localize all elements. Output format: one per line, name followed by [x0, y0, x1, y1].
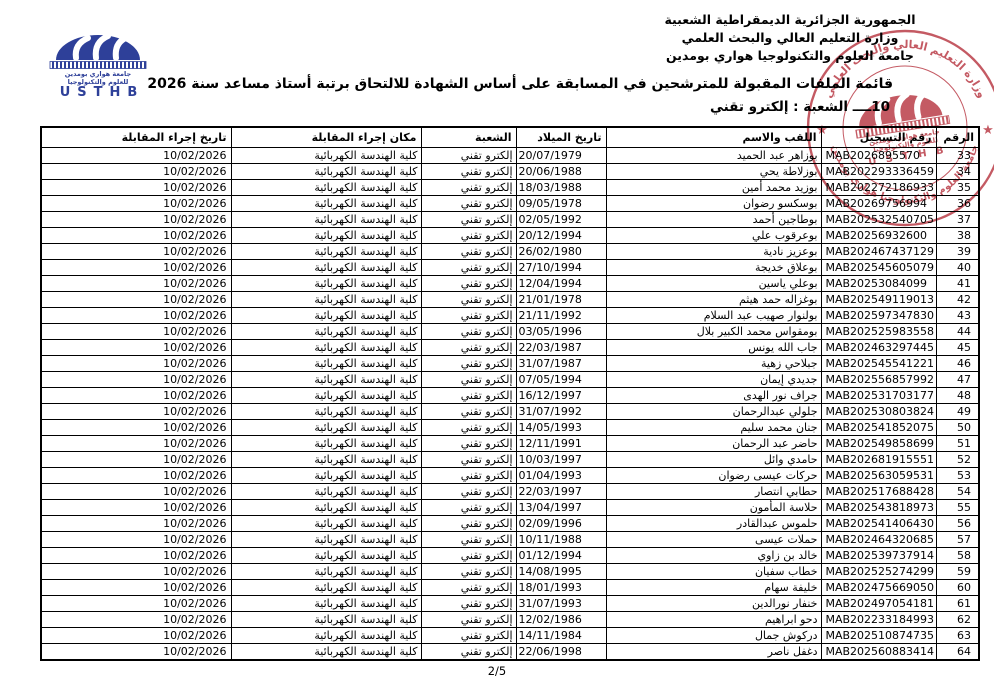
branch: إلكترو تقني — [421, 308, 516, 324]
row-number: 39 — [936, 244, 979, 260]
table-row: 42MAB202549119013بوغزاله حمد هيثم21/01/1… — [41, 292, 979, 308]
branch: إلكترو تقني — [421, 244, 516, 260]
registration-number: MAB2026895570 — [821, 148, 936, 164]
table-row: 56MAB202541406430حلموس عبدالقادر02/09/19… — [41, 516, 979, 532]
col-header-interview-date: تاريخ إجراء المقابلة — [41, 127, 231, 148]
candidate-name: بوزاهر عبد الحميد — [606, 148, 821, 164]
interview-place: كلية الهندسة الكهربائية — [231, 548, 421, 564]
interview-date: 10/02/2026 — [41, 356, 231, 372]
table-row: 54MAB202517688428حطابي انتصار22/03/1997إ… — [41, 484, 979, 500]
candidate-name: خالد بن زاوي — [606, 548, 821, 564]
table-row: 34MAB202293336459بوزلاطة يحي20/06/1988إل… — [41, 164, 979, 180]
interview-date: 10/02/2026 — [41, 324, 231, 340]
registration-number: MAB202272186933 — [821, 180, 936, 196]
candidate-name: خليفة سهام — [606, 580, 821, 596]
registration-number: MAB202545605079 — [821, 260, 936, 276]
interview-date: 10/02/2026 — [41, 148, 231, 164]
interview-date: 10/02/2026 — [41, 180, 231, 196]
interview-place: كلية الهندسة الكهربائية — [231, 164, 421, 180]
registration-number: MAB202517688428 — [821, 484, 936, 500]
col-header-name: اللقب والاسم — [606, 127, 821, 148]
registration-number: MAB202541852075 — [821, 420, 936, 436]
interview-date: 10/02/2026 — [41, 484, 231, 500]
interview-date: 10/02/2026 — [41, 596, 231, 612]
birth-date: 09/05/1978 — [516, 196, 606, 212]
registration-number: MAB202525983558 — [821, 324, 936, 340]
birth-date: 14/11/1984 — [516, 628, 606, 644]
interview-date: 10/02/2026 — [41, 500, 231, 516]
table-row: 50MAB202541852075جنان محمد سليم14/05/199… — [41, 420, 979, 436]
col-header-registration: رقم التسجيل — [821, 127, 936, 148]
branch: إلكترو تقني — [421, 260, 516, 276]
candidate-name: بوعلي ياسين — [606, 276, 821, 292]
candidate-name: حامدي وائل — [606, 452, 821, 468]
birth-date: 12/04/1994 — [516, 276, 606, 292]
interview-place: كلية الهندسة الكهربائية — [231, 308, 421, 324]
table-row: 61MAB202497054181خنفار نورالدين31/07/199… — [41, 596, 979, 612]
birth-date: 03/05/1996 — [516, 324, 606, 340]
interview-date: 10/02/2026 — [41, 580, 231, 596]
row-number: 41 — [936, 276, 979, 292]
birth-date: 31/07/1987 — [516, 356, 606, 372]
registration-number: MAB202532540705 — [821, 212, 936, 228]
registration-number: MAB20253084099 — [821, 276, 936, 292]
document-title: قائمة الملفات المقبولة للمترشحين في المس… — [147, 76, 893, 92]
birth-date: 16/12/1997 — [516, 388, 606, 404]
table-row: 59MAB202525274299خطاب سفيان14/08/1995إلك… — [41, 564, 979, 580]
registration-number: MAB202530803824 — [821, 404, 936, 420]
branch: إلكترو تقني — [421, 436, 516, 452]
registration-number: MAB202525274299 — [821, 564, 936, 580]
interview-date: 10/02/2026 — [41, 404, 231, 420]
birth-date: 20/07/1979 — [516, 148, 606, 164]
table-row: 51MAB202549858699حاضر عبد الرحمان12/11/1… — [41, 436, 979, 452]
branch: إلكترو تقني — [421, 404, 516, 420]
candidate-name: دركوش جمال — [606, 628, 821, 644]
row-number: 62 — [936, 612, 979, 628]
candidate-name: بوزلاطة يحي — [606, 164, 821, 180]
interview-date: 10/02/2026 — [41, 372, 231, 388]
row-number: 45 — [936, 340, 979, 356]
row-number: 51 — [936, 436, 979, 452]
candidate-name: بوعلاق خديجة — [606, 260, 821, 276]
candidate-name: جديدي إيمان — [606, 372, 821, 388]
table-row: 52MAB202681915551حامدي وائل10/03/1997إلك… — [41, 452, 979, 468]
registration-number: MAB202233184993 — [821, 612, 936, 628]
row-number: 33 — [936, 148, 979, 164]
branch: إلكترو تقني — [421, 468, 516, 484]
branch: إلكترو تقني — [421, 228, 516, 244]
row-number: 49 — [936, 404, 979, 420]
branch: إلكترو تقني — [421, 148, 516, 164]
logo-hatch-band — [50, 62, 146, 69]
interview-date: 10/02/2026 — [41, 340, 231, 356]
birth-date: 12/11/1991 — [516, 436, 606, 452]
row-number: 40 — [936, 260, 979, 276]
row-number: 58 — [936, 548, 979, 564]
birth-date: 10/11/1988 — [516, 532, 606, 548]
candidate-name: بوزيد محمد أمين — [606, 180, 821, 196]
branch: إلكترو تقني — [421, 452, 516, 468]
interview-date: 10/02/2026 — [41, 260, 231, 276]
row-number: 55 — [936, 500, 979, 516]
interview-place: كلية الهندسة الكهربائية — [231, 596, 421, 612]
table-row: 40MAB202545605079بوعلاق خديجة27/10/1994إ… — [41, 260, 979, 276]
interview-date: 10/02/2026 — [41, 612, 231, 628]
birth-date: 26/02/1980 — [516, 244, 606, 260]
candidate-name: جلولي عبدالرحمان — [606, 404, 821, 420]
table-row: 58MAB202539737914خالد بن زاوي01/12/1994إ… — [41, 548, 979, 564]
row-number: 50 — [936, 420, 979, 436]
registration-number: MAB202497054181 — [821, 596, 936, 612]
col-header-interview-place: مكان إجراء المقابلة — [231, 127, 421, 148]
branch: إلكترو تقني — [421, 324, 516, 340]
birth-date: 07/05/1994 — [516, 372, 606, 388]
registration-number: MAB20256932600 — [821, 228, 936, 244]
interview-place: كلية الهندسة الكهربائية — [231, 484, 421, 500]
candidate-name: بومقواس محمد الكبير بلال — [606, 324, 821, 340]
birth-date: 01/12/1994 — [516, 548, 606, 564]
candidate-name: دحو ابراهيم — [606, 612, 821, 628]
registration-number: MAB202545541221 — [821, 356, 936, 372]
row-number: 63 — [936, 628, 979, 644]
candidate-name: بوطاجين أحمد — [606, 212, 821, 228]
candidate-name: جاب الله يونس — [606, 340, 821, 356]
interview-date: 10/02/2026 — [41, 228, 231, 244]
registration-number: MAB202539737914 — [821, 548, 936, 564]
table-row: 38MAB20256932600بوعرقوب علي20/12/1994إلك… — [41, 228, 979, 244]
interview-place: كلية الهندسة الكهربائية — [231, 388, 421, 404]
branch: إلكترو تقني — [421, 532, 516, 548]
table-row: 37MAB202532540705بوطاجين أحمد02/05/1992إ… — [41, 212, 979, 228]
section-line: 10ــــ الشعبة : إلكترو تقني — [710, 99, 890, 115]
table-header-row: الرقم رقم التسجيل اللقب والاسم تاريخ الم… — [41, 127, 979, 148]
interview-date: 10/02/2026 — [41, 212, 231, 228]
table-row: 43MAB202597347830بولنوار صهيب عبد السلام… — [41, 308, 979, 324]
section-separator: ــــ — [853, 99, 871, 115]
branch: إلكترو تقني — [421, 484, 516, 500]
branch: إلكترو تقني — [421, 196, 516, 212]
candidate-name: بولنوار صهيب عبد السلام — [606, 308, 821, 324]
interview-place: كلية الهندسة الكهربائية — [231, 468, 421, 484]
table-row: 39MAB202467437129بوعزيز نادية26/02/1980إ… — [41, 244, 979, 260]
registration-number: MAB202563059531 — [821, 468, 936, 484]
interview-date: 10/02/2026 — [41, 644, 231, 661]
birth-date: 02/05/1992 — [516, 212, 606, 228]
page-number: 2/5 — [447, 664, 547, 678]
branch: إلكترو تقني — [421, 388, 516, 404]
branch: إلكترو تقني — [421, 372, 516, 388]
birth-date: 21/01/1978 — [516, 292, 606, 308]
branch: إلكترو تقني — [421, 564, 516, 580]
candidate-name: حلاسة المأمون — [606, 500, 821, 516]
registration-number: MAB202463297445 — [821, 340, 936, 356]
registration-number: MAB202541406430 — [821, 516, 936, 532]
branch: إلكترو تقني — [421, 548, 516, 564]
row-number: 35 — [936, 180, 979, 196]
interview-place: كلية الهندسة الكهربائية — [231, 612, 421, 628]
row-number: 57 — [936, 532, 979, 548]
row-number: 44 — [936, 324, 979, 340]
section-label: الشعبة : إلكترو تقني — [710, 99, 848, 115]
birth-date: 14/05/1993 — [516, 420, 606, 436]
candidate-name: دغفل ناصر — [606, 644, 821, 661]
registration-number: MAB202560883414 — [821, 644, 936, 661]
birth-date: 13/04/1997 — [516, 500, 606, 516]
registration-number: MAB202543818973 — [821, 500, 936, 516]
interview-date: 10/02/2026 — [41, 564, 231, 580]
table-row: 33MAB2026895570بوزاهر عبد الحميد20/07/19… — [41, 148, 979, 164]
col-header-birthdate: تاريخ الميلاد — [516, 127, 606, 148]
candidate-name: حطابي انتصار — [606, 484, 821, 500]
row-number: 38 — [936, 228, 979, 244]
candidate-name: حركات عيسى رضوان — [606, 468, 821, 484]
table-row: 57MAB202464320685حملات عيسى10/11/1988إلك… — [41, 532, 979, 548]
row-number: 48 — [936, 388, 979, 404]
interview-place: كلية الهندسة الكهربائية — [231, 180, 421, 196]
birth-date: 27/10/1994 — [516, 260, 606, 276]
candidate-name: حاضر عبد الرحمان — [606, 436, 821, 452]
birth-date: 18/03/1988 — [516, 180, 606, 196]
branch: إلكترو تقني — [421, 420, 516, 436]
interview-place: كلية الهندسة الكهربائية — [231, 244, 421, 260]
registration-number: MAB202549119013 — [821, 292, 936, 308]
gov-header-line3: جامعة العلوم والتكنولوجيا هواري بومدين — [640, 47, 940, 65]
registration-number: MAB202681915551 — [821, 452, 936, 468]
table-row: 64MAB202560883414دغفل ناصر22/06/1998إلكت… — [41, 644, 979, 661]
row-number: 46 — [936, 356, 979, 372]
candidates-tbody: 33MAB2026895570بوزاهر عبد الحميد20/07/19… — [41, 148, 979, 661]
registration-number: MAB202510874735 — [821, 628, 936, 644]
interview-date: 10/02/2026 — [41, 388, 231, 404]
table-row: 35MAB202272186933بوزيد محمد أمين18/03/19… — [41, 180, 979, 196]
table-row: 36MAB20269756994بوسكسو رضوان09/05/1978إل… — [41, 196, 979, 212]
interview-place: كلية الهندسة الكهربائية — [231, 404, 421, 420]
registration-number: MAB202549858699 — [821, 436, 936, 452]
candidate-name: بوعرقوب علي — [606, 228, 821, 244]
interview-date: 10/02/2026 — [41, 292, 231, 308]
branch: إلكترو تقني — [421, 180, 516, 196]
logo-name-line1: جامعة هواري بومدين — [65, 70, 132, 78]
candidates-table: الرقم رقم التسجيل اللقب والاسم تاريخ الم… — [40, 126, 980, 661]
registration-number: MAB202531703177 — [821, 388, 936, 404]
row-number: 34 — [936, 164, 979, 180]
stamp-swoosh-icon — [895, 94, 911, 120]
birth-date: 12/02/1986 — [516, 612, 606, 628]
interview-date: 10/02/2026 — [41, 276, 231, 292]
candidate-name: حملات عيسى — [606, 532, 821, 548]
birth-date: 31/07/1992 — [516, 404, 606, 420]
candidate-name: جنان محمد سليم — [606, 420, 821, 436]
birth-date: 10/03/1997 — [516, 452, 606, 468]
row-number: 64 — [936, 644, 979, 661]
registration-number: MAB202597347830 — [821, 308, 936, 324]
branch: إلكترو تقني — [421, 596, 516, 612]
interview-date: 10/02/2026 — [41, 196, 231, 212]
branch: إلكترو تقني — [421, 516, 516, 532]
candidate-name: جبلاحي زهية — [606, 356, 821, 372]
branch: إلكترو تقني — [421, 340, 516, 356]
candidate-name: جراف نور الهدى — [606, 388, 821, 404]
branch: إلكترو تقني — [421, 356, 516, 372]
interview-date: 10/02/2026 — [41, 244, 231, 260]
interview-date: 10/02/2026 — [41, 452, 231, 468]
row-number: 37 — [936, 212, 979, 228]
birth-date: 22/03/1997 — [516, 484, 606, 500]
table-row: 63MAB202510874735دركوش جمال14/11/1984إلك… — [41, 628, 979, 644]
interview-place: كلية الهندسة الكهربائية — [231, 372, 421, 388]
table-row: 44MAB202525983558بومقواس محمد الكبير بلا… — [41, 324, 979, 340]
row-number: 52 — [936, 452, 979, 468]
branch: إلكترو تقني — [421, 276, 516, 292]
interview-place: كلية الهندسة الكهربائية — [231, 356, 421, 372]
row-number: 60 — [936, 580, 979, 596]
interview-place: كلية الهندسة الكهربائية — [231, 148, 421, 164]
interview-place: كلية الهندسة الكهربائية — [231, 228, 421, 244]
interview-date: 10/02/2026 — [41, 516, 231, 532]
interview-date: 10/02/2026 — [41, 548, 231, 564]
birth-date: 20/06/1988 — [516, 164, 606, 180]
section-number: 10 — [871, 99, 890, 115]
interview-place: كلية الهندسة الكهربائية — [231, 452, 421, 468]
row-number: 53 — [936, 468, 979, 484]
table-row: 46MAB202545541221جبلاحي زهية31/07/1987إل… — [41, 356, 979, 372]
branch: إلكترو تقني — [421, 628, 516, 644]
registration-number: MAB202293336459 — [821, 164, 936, 180]
col-header-branch: الشعبة — [421, 127, 516, 148]
table-row: 49MAB202530803824جلولي عبدالرحمان31/07/1… — [41, 404, 979, 420]
table-row: 48MAB202531703177جراف نور الهدى16/12/199… — [41, 388, 979, 404]
stamp-star-right-icon: ★ — [982, 123, 994, 138]
interview-date: 10/02/2026 — [41, 532, 231, 548]
birth-date: 22/03/1987 — [516, 340, 606, 356]
birth-date: 18/01/1993 — [516, 580, 606, 596]
candidate-name: حلموس عبدالقادر — [606, 516, 821, 532]
interview-place: كلية الهندسة الكهربائية — [231, 324, 421, 340]
interview-place: كلية الهندسة الكهربائية — [231, 564, 421, 580]
interview-place: كلية الهندسة الكهربائية — [231, 420, 421, 436]
interview-place: كلية الهندسة الكهربائية — [231, 436, 421, 452]
birth-date: 01/04/1993 — [516, 468, 606, 484]
interview-place: كلية الهندسة الكهربائية — [231, 340, 421, 356]
interview-date: 10/02/2026 — [41, 308, 231, 324]
registration-number: MAB20269756994 — [821, 196, 936, 212]
stamp-swoosh-icon — [915, 92, 931, 117]
interview-place: كلية الهندسة الكهربائية — [231, 516, 421, 532]
branch: إلكترو تقني — [421, 580, 516, 596]
interview-date: 10/02/2026 — [41, 420, 231, 436]
logo-acronym: USTHB — [60, 85, 145, 98]
interview-date: 10/02/2026 — [41, 468, 231, 484]
registration-number: MAB202475669050 — [821, 580, 936, 596]
col-header-number: الرقم — [936, 127, 979, 148]
interview-place: كلية الهندسة الكهربائية — [231, 212, 421, 228]
row-number: 54 — [936, 484, 979, 500]
table-row: 47MAB202556857992جديدي إيمان07/05/1994إل… — [41, 372, 979, 388]
table-row: 45MAB202463297445جاب الله يونس22/03/1987… — [41, 340, 979, 356]
interview-place: كلية الهندسة الكهربائية — [231, 292, 421, 308]
interview-place: كلية الهندسة الكهربائية — [231, 276, 421, 292]
branch: إلكترو تقني — [421, 500, 516, 516]
interview-place: كلية الهندسة الكهربائية — [231, 580, 421, 596]
gov-header-line1: الجمهورية الجزائرية الديمقراطية الشعبية — [640, 11, 940, 29]
candidate-name: بوسكسو رضوان — [606, 196, 821, 212]
row-number: 42 — [936, 292, 979, 308]
branch: إلكترو تقني — [421, 212, 516, 228]
candidate-name: خنفار نورالدين — [606, 596, 821, 612]
interview-date: 10/02/2026 — [41, 164, 231, 180]
usthb-logo: جامعة هواري بومدين للعلوم والتكنولوجيا U… — [48, 32, 148, 98]
row-number: 61 — [936, 596, 979, 612]
interview-place: كلية الهندسة الكهربائية — [231, 628, 421, 644]
branch: إلكترو تقني — [421, 612, 516, 628]
branch: إلكترو تقني — [421, 164, 516, 180]
table-row: 55MAB202543818973حلاسة المأمون13/04/1997… — [41, 500, 979, 516]
registration-number: MAB202467437129 — [821, 244, 936, 260]
candidate-name: بوغزاله حمد هيثم — [606, 292, 821, 308]
birth-date: 22/06/1998 — [516, 644, 606, 661]
table-row: 41MAB20253084099بوعلي ياسين12/04/1994إلك… — [41, 276, 979, 292]
branch: إلكترو تقني — [421, 644, 516, 661]
table-container: الرقم رقم التسجيل اللقب والاسم تاريخ الم… — [40, 126, 980, 661]
interview-date: 10/02/2026 — [41, 436, 231, 452]
interview-date: 10/02/2026 — [41, 628, 231, 644]
branch: إلكترو تقني — [421, 292, 516, 308]
birth-date: 20/12/1994 — [516, 228, 606, 244]
row-number: 43 — [936, 308, 979, 324]
document-page: جامعة هواري بومدين للعلوم والتكنولوجيا U… — [0, 0, 994, 688]
gov-header: الجمهورية الجزائرية الديمقراطية الشعبية … — [640, 11, 940, 65]
row-number: 36 — [936, 196, 979, 212]
table-row: 60MAB202475669050خليفة سهام18/01/1993إلك… — [41, 580, 979, 596]
candidate-name: خطاب سفيان — [606, 564, 821, 580]
registration-number: MAB202556857992 — [821, 372, 936, 388]
birth-date: 21/11/1992 — [516, 308, 606, 324]
gov-header-line2: وزارة التعليم العالي والبحث العلمي — [640, 29, 940, 47]
candidate-name: بوعزيز نادية — [606, 244, 821, 260]
registration-number: MAB202464320685 — [821, 532, 936, 548]
interview-place: كلية الهندسة الكهربائية — [231, 260, 421, 276]
row-number: 59 — [936, 564, 979, 580]
table-row: 62MAB202233184993دحو ابراهيم12/02/1986إل… — [41, 612, 979, 628]
row-number: 56 — [936, 516, 979, 532]
birth-date: 02/09/1996 — [516, 516, 606, 532]
birth-date: 31/07/1993 — [516, 596, 606, 612]
interview-place: كلية الهندسة الكهربائية — [231, 196, 421, 212]
interview-place: كلية الهندسة الكهربائية — [231, 644, 421, 661]
row-number: 47 — [936, 372, 979, 388]
table-row: 53MAB202563059531حركات عيسى رضوان01/04/1… — [41, 468, 979, 484]
birth-date: 14/08/1995 — [516, 564, 606, 580]
interview-place: كلية الهندسة الكهربائية — [231, 532, 421, 548]
interview-place: كلية الهندسة الكهربائية — [231, 500, 421, 516]
